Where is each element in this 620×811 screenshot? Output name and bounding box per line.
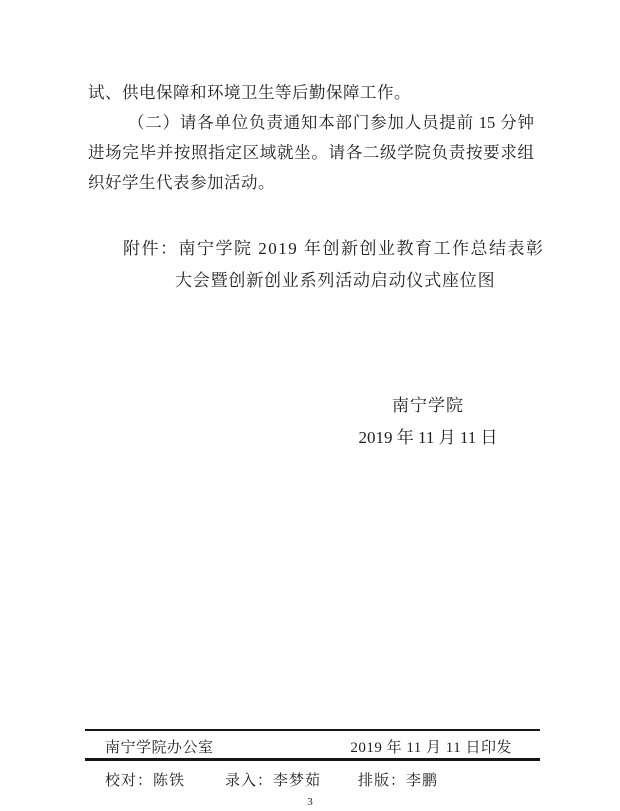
body-line-4: 织好学生代表参加活动。 (88, 168, 534, 198)
document-page: 试、供电保障和环境卫生等后勤保障工作。 （二）请各单位负责通知本部门参加人员提前… (0, 0, 620, 811)
paragraph-block: 试、供电保障和环境卫生等后勤保障工作。 （二）请各单位负责通知本部门参加人员提前… (88, 78, 534, 198)
body-line-1: 试、供电保障和环境卫生等后勤保障工作。 (88, 78, 534, 108)
attachment-line-1: 附件：南宁学院 2019 年创新创业教育工作总结表彰 (123, 234, 545, 259)
body-line-2: （二）请各单位负责通知本部门参加人员提前 15 分钟 (88, 108, 534, 138)
footer-typist: 录入：李梦茹 (225, 769, 321, 790)
footer-row-office: 南宁学院办公室 2019 年 11 月 11 日印发 (85, 736, 540, 757)
footer-divider-bottom (85, 758, 540, 761)
footer-issue-date: 2019 年 11 月 11 日印发 (350, 736, 512, 757)
footer-divider-top (85, 729, 540, 731)
footer-typesetter: 排版：李鹏 (358, 769, 438, 790)
page-number: 3 (0, 796, 620, 808)
footer-proofreader: 校对：陈铁 (105, 769, 185, 790)
signature-organization: 南宁学院 (318, 391, 538, 416)
footer-office-name: 南宁学院办公室 (105, 736, 214, 757)
attachment-line-2: 大会暨创新创业系列活动启动仪式座位图 (175, 266, 495, 291)
body-line-3: 进场完毕并按照指定区域就坐。请各二级学院负责按要求组 (88, 138, 534, 168)
signature-date: 2019 年 11 月 11 日 (318, 423, 538, 448)
